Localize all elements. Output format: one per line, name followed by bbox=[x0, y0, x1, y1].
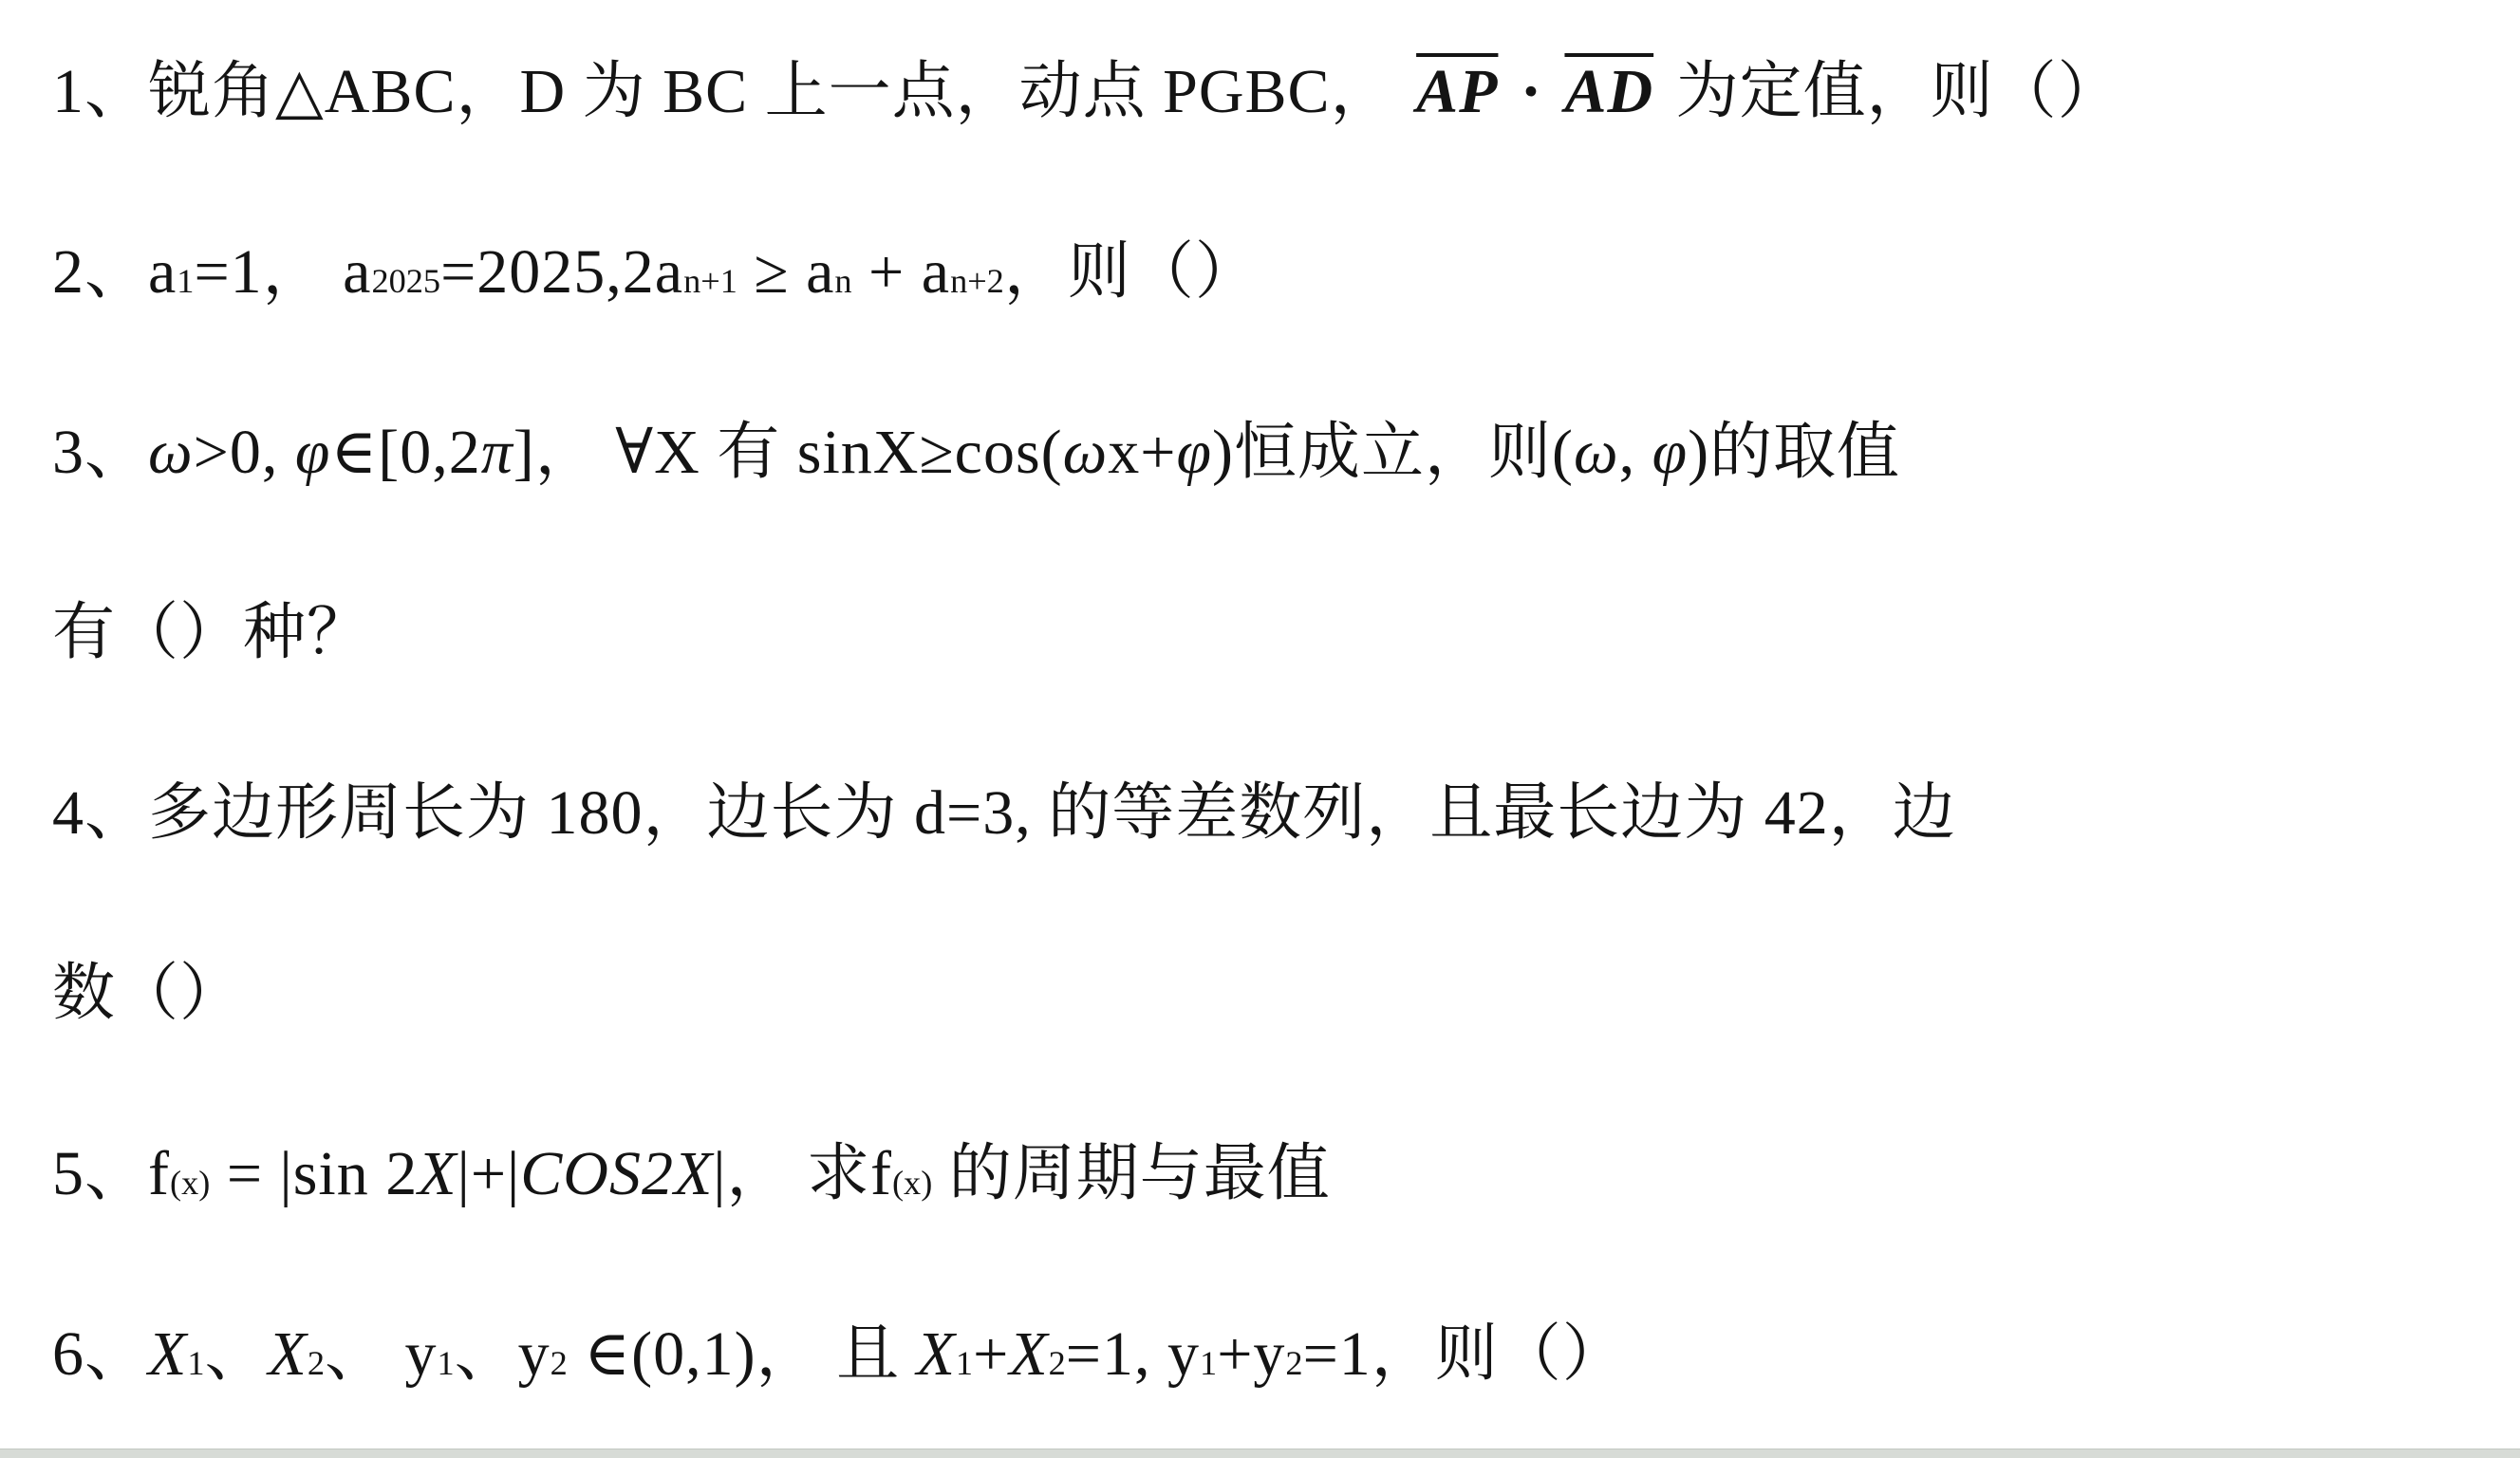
problem-6-seg-0: 6、 bbox=[52, 1319, 148, 1389]
problem-6-seg-8: 、y bbox=[455, 1319, 551, 1389]
problem-2-seg-9: n+2 bbox=[950, 262, 1004, 300]
math-problems-page: 1、锐角△ABC，D 为 BC 上一点，动点 PGBC， AP · AD 为定值… bbox=[0, 0, 2520, 1458]
problem-2: 2、a1=1， a2025=2025,2an+1 ≥ an + an+2，则（） bbox=[52, 182, 2492, 363]
problem-5-seg-1: (x) bbox=[170, 1164, 210, 1202]
problem-6-seg-4: X bbox=[268, 1319, 307, 1389]
problem-6-seg-20: =1，则（） bbox=[1303, 1319, 1626, 1389]
problem-4-line-1-seg-0: 4、多边形周长为 180，边长为 d=3, 的等差数列，且最长边为 42，边 bbox=[52, 778, 1956, 848]
problem-3-line-1: 3、ω>0, φ∈[0,2π]， ∀X 有 sinX≥cos(ωx+φ)恒成立，… bbox=[52, 363, 2492, 543]
problem-6-seg-2: 1 bbox=[187, 1344, 204, 1382]
problem-2-seg-4: =2025,2a bbox=[440, 237, 683, 307]
problem-1-seg-2: · bbox=[1503, 57, 1559, 126]
problem-6-seg-5: 2 bbox=[308, 1344, 325, 1382]
problem-6-seg-7: 1 bbox=[437, 1344, 454, 1382]
problem-3-line-1-seg-1: ω bbox=[148, 418, 194, 487]
problem-6-seg-12: 1 bbox=[956, 1344, 973, 1382]
problems-list: 1、锐角△ABC，D 为 BC 上一点，动点 PGBC， AP · AD 为定值… bbox=[52, 2, 2492, 1445]
problem-6-seg-3: 、 bbox=[204, 1319, 268, 1389]
problem-1-seg-3: AD bbox=[1559, 57, 1659, 126]
problem-3-line-1-seg-14: )的取值 bbox=[1688, 418, 1900, 487]
problem-6: 6、X1、X2、 y1、y2 ∈(0,1)， 且 X1+X2=1, y1+y2=… bbox=[52, 1264, 2492, 1445]
problem-5-seg-7: (x) bbox=[892, 1164, 932, 1202]
problem-2-seg-2: =1， a bbox=[194, 237, 371, 307]
problem-1-seg-1: AP bbox=[1410, 57, 1503, 126]
problem-6-seg-16: =1, y bbox=[1066, 1319, 1200, 1389]
problem-1: 1、锐角△ABC，D 为 BC 上一点，动点 PGBC， AP · AD 为定值… bbox=[52, 2, 2492, 182]
problem-2-seg-10: ，则（） bbox=[1004, 237, 1259, 307]
problem-6-seg-14: X bbox=[1009, 1319, 1048, 1389]
problem-3-line-1-seg-6: ]， ∀X 有 sinX≥cos( bbox=[513, 418, 1063, 487]
problem-4-line-2: 数（） bbox=[52, 904, 2492, 1084]
problem-2-seg-3: 2025 bbox=[371, 262, 440, 300]
problem-1-seg-4: 为定值，则（） bbox=[1659, 57, 2121, 126]
problem-5-seg-2: = |sin 2 bbox=[210, 1139, 418, 1208]
problem-6-seg-11: X bbox=[917, 1319, 956, 1389]
problem-3-line-1-seg-0: 3、 bbox=[52, 418, 148, 487]
problem-3-line-1-seg-8: x+ bbox=[1108, 418, 1176, 487]
problem-2-seg-5: n+1 bbox=[683, 262, 737, 300]
problem-6-seg-13: + bbox=[973, 1319, 1009, 1389]
problem-6-seg-18: +y bbox=[1217, 1319, 1285, 1389]
problem-5-seg-3: X bbox=[418, 1139, 457, 1208]
problem-2-seg-7: n bbox=[834, 262, 851, 300]
problem-5-seg-4: |+| bbox=[457, 1139, 521, 1208]
problem-3-line-1-seg-7: ω bbox=[1063, 418, 1109, 487]
problem-3-line-1-seg-11: ω bbox=[1574, 418, 1619, 487]
problem-3-line-2-seg-0: 有（）种？ bbox=[52, 598, 370, 667]
problem-3-line-2: 有（）种？ bbox=[52, 543, 2492, 723]
problem-6-seg-15: 2 bbox=[1049, 1344, 1066, 1382]
problem-5-seg-6: |， 求f bbox=[713, 1139, 892, 1208]
problem-5-seg-0: 5、f bbox=[52, 1139, 170, 1208]
problem-2-seg-0: 2、a bbox=[52, 237, 177, 307]
problem-5: 5、f(x) = |sin 2X|+|COS2X|， 求f(x) 的周期与最值 bbox=[52, 1084, 2492, 1264]
problem-3-line-1-seg-3: φ bbox=[295, 418, 331, 487]
problem-4-line-1: 4、多边形周长为 180，边长为 d=3, 的等差数列，且最长边为 42，边 bbox=[52, 723, 2492, 904]
problem-4-line-2-seg-0: 数（） bbox=[52, 959, 243, 1028]
problem-6-seg-6: 、 y bbox=[325, 1319, 438, 1389]
problem-3-line-1-seg-9: φ bbox=[1176, 418, 1212, 487]
problem-6-seg-9: 2 bbox=[551, 1344, 568, 1382]
problem-2-seg-1: 1 bbox=[177, 262, 194, 300]
problem-6-seg-19: 2 bbox=[1285, 1344, 1302, 1382]
bottom-edge-bar bbox=[0, 1449, 2520, 1458]
problem-3-line-1-seg-13: φ bbox=[1652, 418, 1689, 487]
problem-3-line-1-seg-12: , bbox=[1619, 418, 1652, 487]
problem-2-seg-6: ≥ a bbox=[737, 237, 835, 307]
problem-6-seg-1: X bbox=[148, 1319, 187, 1389]
problem-3-line-1-seg-5: π bbox=[481, 418, 513, 487]
problem-3-line-1-seg-4: ∈[0,2 bbox=[330, 418, 480, 487]
problem-5-seg-5: COS2X bbox=[520, 1139, 713, 1208]
problem-3-line-1-seg-2: >0, bbox=[194, 418, 295, 487]
problem-6-seg-10: ∈(0,1)， 且 bbox=[568, 1319, 917, 1389]
problem-6-seg-17: 1 bbox=[1200, 1344, 1217, 1382]
problem-3-line-1-seg-10: )恒成立，则( bbox=[1212, 418, 1574, 487]
problem-5-seg-8: 的周期与最值 bbox=[932, 1139, 1331, 1208]
problem-1-seg-0: 1、锐角△ABC，D 为 BC 上一点，动点 PGBC， bbox=[52, 57, 1410, 126]
problem-2-seg-8: + a bbox=[852, 237, 951, 307]
